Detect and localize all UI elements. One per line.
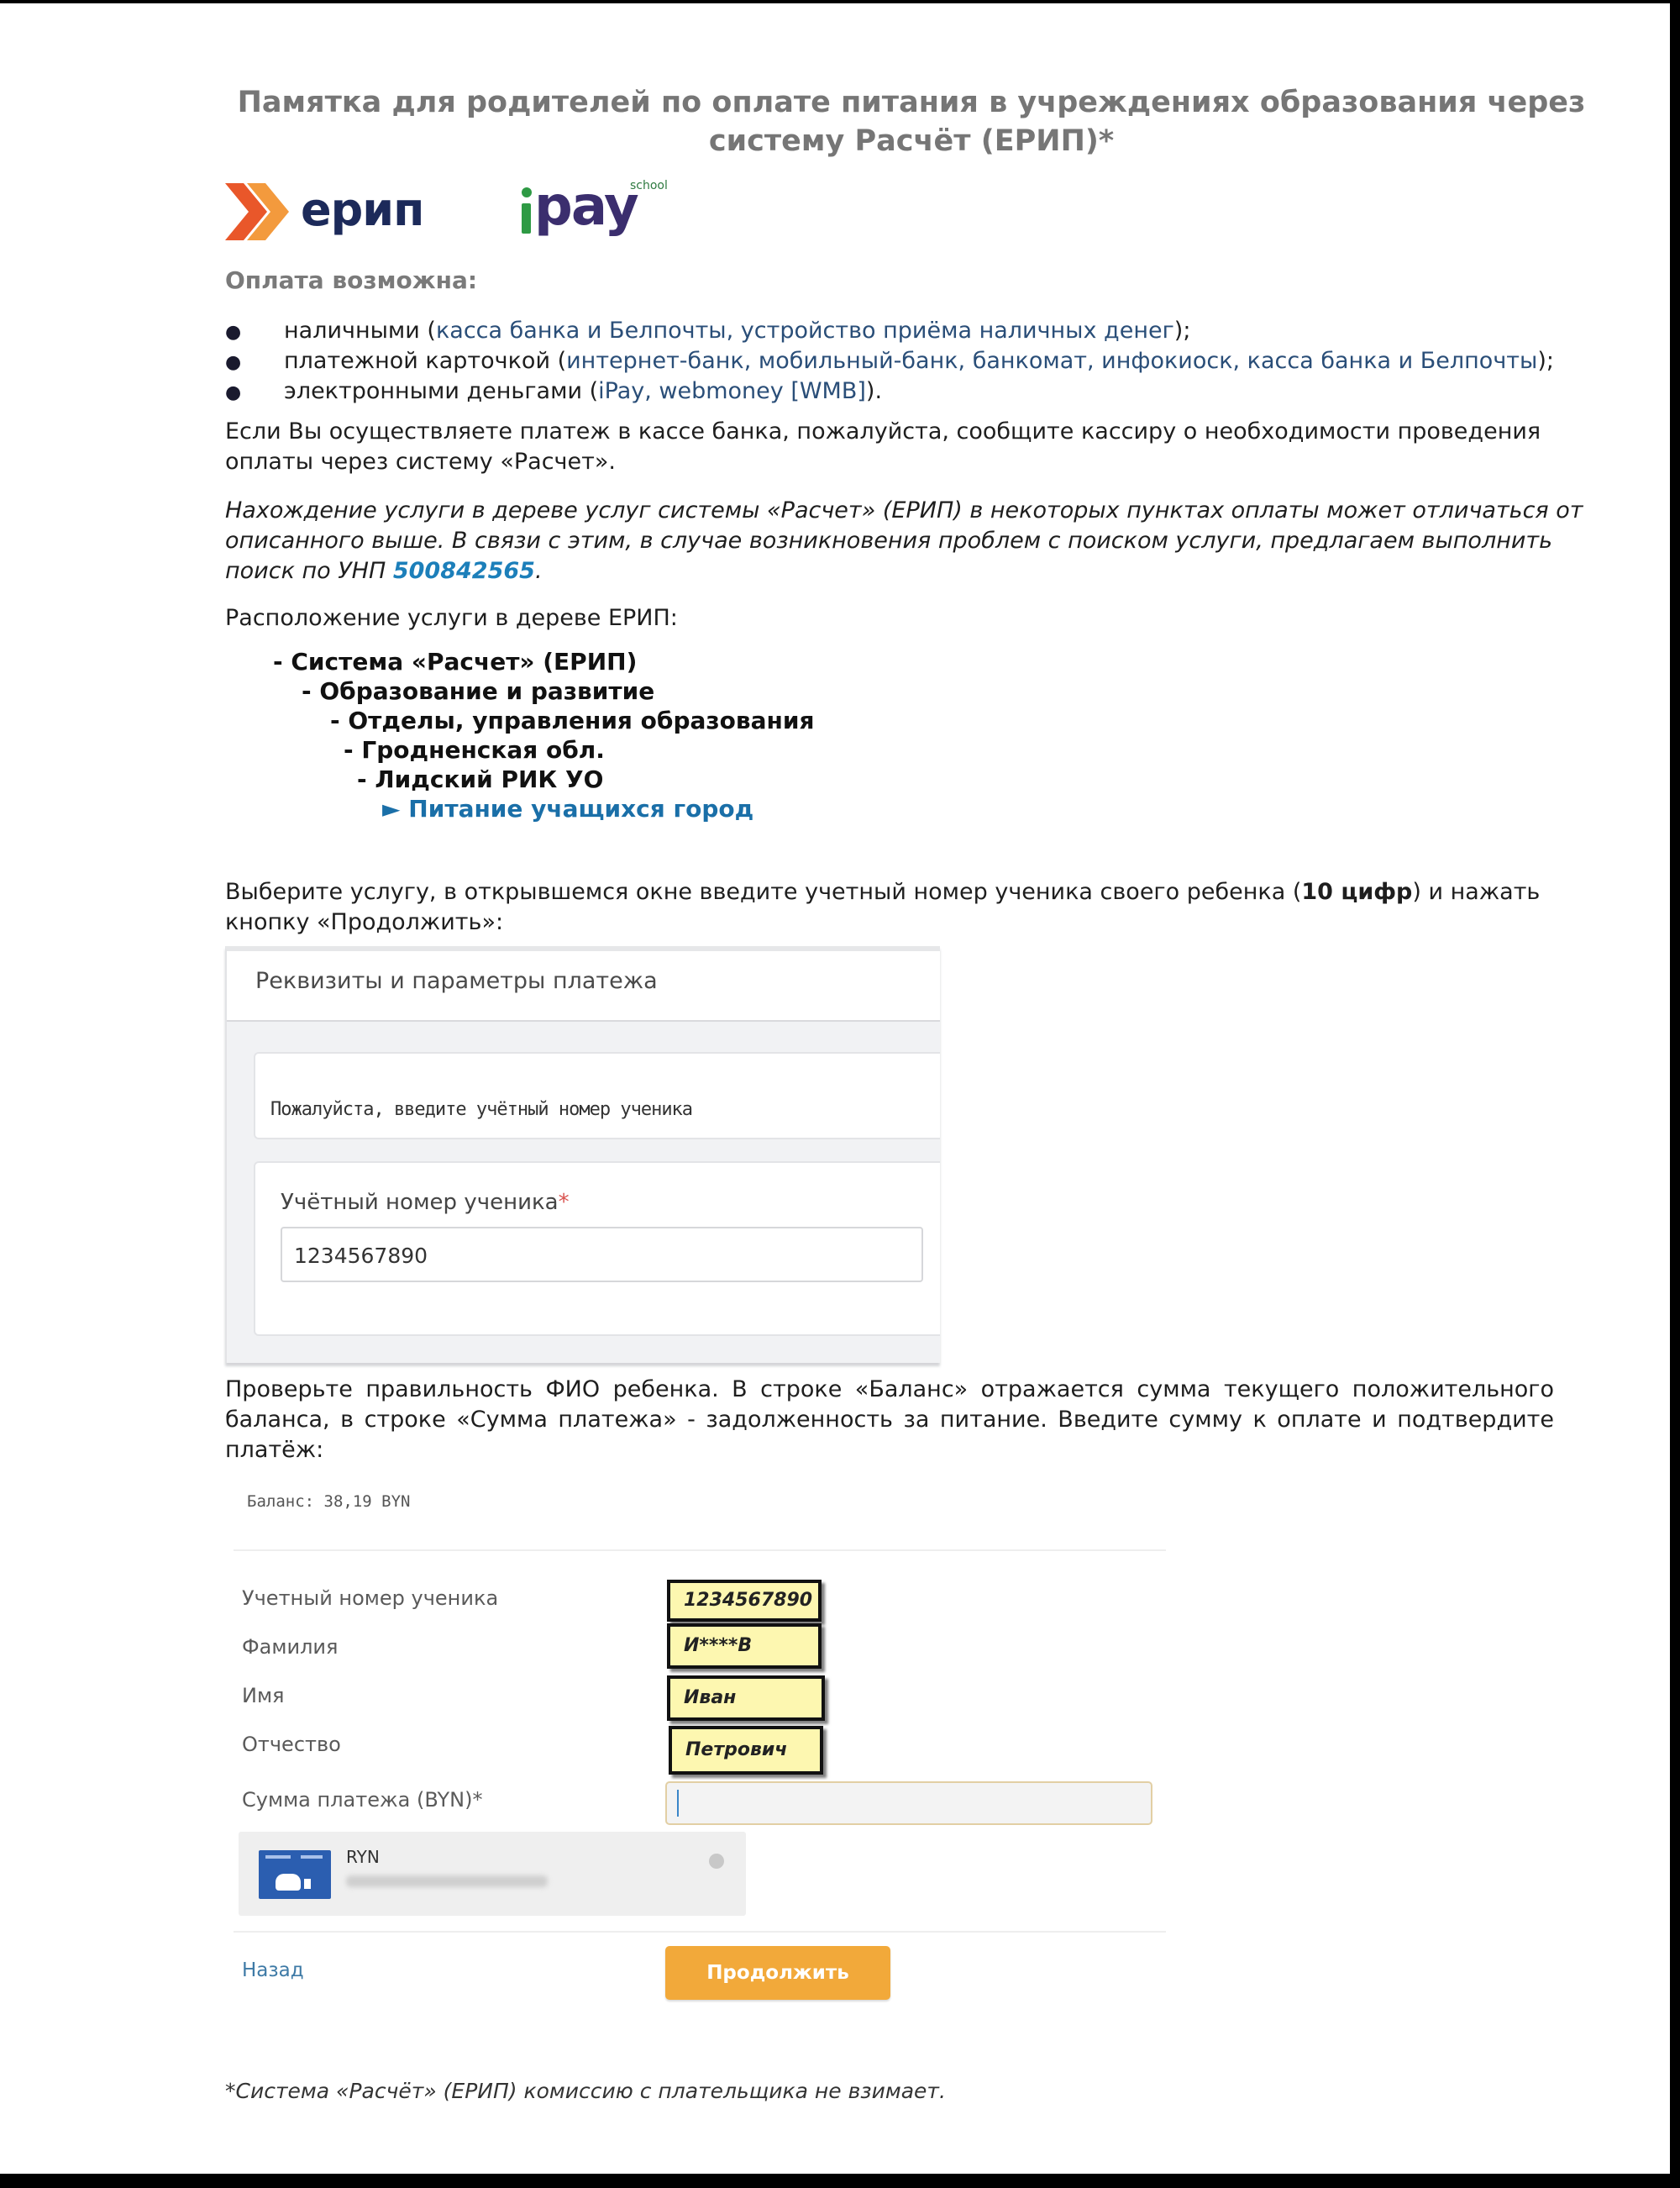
name-value: Иван	[667, 1675, 825, 1721]
form-header-title: Реквизиты и параметры платежа	[255, 968, 658, 994]
payment-confirm-form: Баланс: 38,19 BYN Учетный номер ученика …	[225, 1481, 1174, 2010]
item-suffix: ;	[1183, 318, 1190, 344]
balance-text: Баланс: 38,19 BYN	[247, 1492, 410, 1511]
digits-count: 10 цифр	[1301, 879, 1412, 905]
surname-value: И****В	[667, 1623, 822, 1669]
patronymic-value: Петрович	[669, 1726, 823, 1775]
memo-page: Памятка для родителей по оплате питания …	[0, 3, 1670, 2174]
bullet-icon: ●	[225, 378, 284, 408]
form-header: Реквизиты и параметры платежа	[227, 951, 940, 1022]
bullet-icon: ●	[225, 318, 284, 348]
instruction-text: Выберите услугу, в открывшемся окне введ…	[225, 879, 1301, 905]
tree-node: - Лидский РИК УО	[357, 765, 814, 794]
card-currency: RYN	[346, 1847, 380, 1867]
item-detail: касса банка и Белпочты, устройство приём…	[436, 318, 1174, 344]
ipay-logo-school: school	[630, 179, 668, 192]
item-detail: интернет-банк, мобильный-банк, банкомат,…	[566, 348, 1537, 374]
ipay-logo-stem	[522, 203, 531, 234]
label-text: Учётный номер ученика	[281, 1190, 559, 1215]
tree-node: - Гродненская обл.	[344, 735, 814, 765]
payment-options-heading: Оплата возможна:	[225, 266, 477, 294]
required-mark: *	[559, 1190, 570, 1215]
student-number-group: Учётный номер ученика* 1234567890	[254, 1161, 940, 1336]
page-title: Памятка для родителей по оплате питания …	[202, 83, 1621, 160]
cashier-note: Если Вы осуществляете платеж в кассе бан…	[225, 417, 1603, 477]
item-detail: iPay, webmoney [WMB]	[598, 378, 866, 404]
item-label: электронными деньгами	[284, 378, 582, 404]
ipay-logo-dot	[522, 187, 532, 197]
list-item: ● наличными (касса банка и Белпочты, уст…	[225, 316, 1603, 346]
list-item: ● электронными деньгами (iPay, webmoney …	[225, 376, 1603, 407]
payment-card-option[interactable]: RYN	[239, 1832, 746, 1916]
payment-sum-input[interactable]	[665, 1781, 1152, 1825]
row-label-patronymic: Отчество	[242, 1733, 341, 1756]
item-label: наличными	[284, 318, 420, 344]
sum-label: Сумма платежа (BYN)*	[242, 1788, 482, 1812]
card-number-blurred	[346, 1875, 548, 1887]
tree-node: - Система «Расчет» (ЕРИП)	[273, 647, 814, 676]
student-number-input[interactable]: 1234567890	[281, 1227, 923, 1282]
search-note: Нахождение услуги в дереве услуг системы…	[225, 496, 1603, 586]
card-icon	[259, 1850, 331, 1899]
student-number-label: Учётный номер ученика*	[281, 1190, 570, 1215]
divider	[234, 1549, 1166, 1551]
divider	[234, 1931, 1166, 1933]
bullet-icon: ●	[225, 348, 284, 378]
row-label-student-number: Учетный номер ученика	[242, 1586, 498, 1610]
form-message: Пожалуйста, введите учётный номер ученик…	[254, 1052, 940, 1139]
item-suffix: .	[874, 378, 882, 404]
item-label: платежной карточкой	[284, 348, 550, 374]
item-suffix: ;	[1546, 348, 1554, 374]
radio-icon[interactable]	[709, 1854, 724, 1869]
form-message-text: Пожалуйста, введите учётный номер ученик…	[270, 1099, 692, 1120]
continue-button[interactable]: Продолжить	[665, 1946, 890, 2000]
back-link[interactable]: Назад	[242, 1959, 304, 1981]
tree-node: - Образование и развитие	[302, 676, 814, 706]
text-caret	[677, 1790, 679, 1817]
student-number-value: 1234567890	[667, 1580, 822, 1622]
tree-heading: Расположение услуги в дереве ЕРИП:	[225, 603, 678, 634]
footnote: *Система «Расчёт» (ЕРИП) комиссию с плат…	[225, 2079, 946, 2103]
row-label-surname: Фамилия	[242, 1635, 338, 1659]
payment-details-form: Реквизиты и параметры платежа Пожалуйста…	[225, 946, 940, 1363]
payment-options-list: ● наличными (касса банка и Белпочты, уст…	[225, 316, 1603, 407]
service-tree: - Система «Расчет» (ЕРИП) - Образование …	[273, 647, 814, 823]
tree-leaf-service[interactable]: ► Питание учащихся город	[382, 794, 814, 823]
unp-number[interactable]: 500842565	[393, 558, 535, 584]
check-fio-instruction: Проверьте правильность ФИО ребенка. В ст…	[225, 1375, 1554, 1465]
erip-logo-text: ерип	[301, 183, 423, 236]
ipay-logo-text: pay	[534, 176, 638, 238]
choose-service-instruction: Выберите услугу, в открывшемся окне введ…	[225, 877, 1603, 938]
row-label-name: Имя	[242, 1684, 285, 1707]
tree-node: - Отделы, управления образования	[330, 706, 814, 735]
list-item: ● платежной карточкой (интернет-банк, мо…	[225, 346, 1603, 376]
